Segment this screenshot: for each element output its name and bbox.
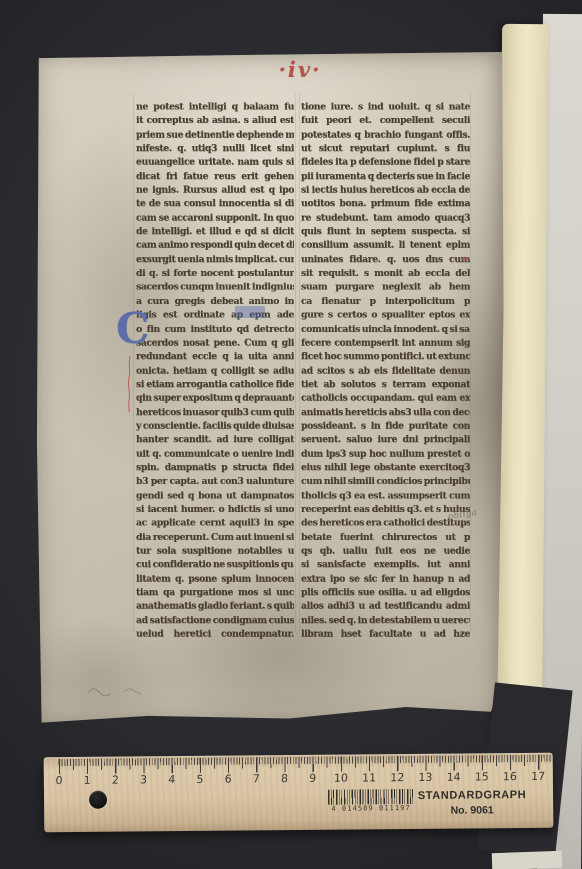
manuscript-line: litatem q. psone splum innocen xyxy=(136,572,294,586)
manuscript-line: a cura gregis debeat animo in xyxy=(136,294,294,308)
manuscript-line: tur sola suspitione notabiles u xyxy=(136,544,294,558)
brand-model-number: No. 9061 xyxy=(406,804,538,817)
text-column-right: tione iure. s ind uoluit. q si natefuit … xyxy=(301,100,470,641)
manuscript-line: ligis est ordinate ap epm ade xyxy=(136,308,294,322)
manuscript-line: uit q. communicate o uenire indi xyxy=(136,447,294,461)
manuscript-line: euuangelice uritate. nam quis si xyxy=(136,156,294,170)
manuscript-line: cam animo respondi quin decet di xyxy=(136,239,294,253)
cm-number: 12 xyxy=(383,771,412,784)
manuscript-line: des hereticos era catholici destitups xyxy=(301,516,470,530)
manuscript-line: ne ignis. Rursus aliud est q ipo xyxy=(136,183,294,197)
manuscript-line: sacerdos nosat pene. Cum q gli xyxy=(136,336,294,350)
manuscript-line: dicat fri fatue reus erit gehen xyxy=(136,169,294,183)
barcode-digits: 4 014509 011197 xyxy=(328,804,414,813)
manuscript-line: b3 per capta. aut con3 ualunture xyxy=(136,475,294,489)
manuscript-line: spin. dampnatis p structa fidei xyxy=(136,461,294,475)
manuscript-line: uninates fidare. q. uos dns cum xyxy=(301,253,470,267)
cm-number: 6 xyxy=(214,772,243,785)
manuscript-line: comunicatis uincla innodent. q si sat xyxy=(301,322,470,336)
manuscript-line: alios adhi3 u ad testificandu admi xyxy=(301,600,470,614)
cm-number: 13 xyxy=(411,771,440,784)
manuscript-line: si iectis huius hereticos ab eccla de xyxy=(301,183,470,197)
manuscript-line: qin super expositum q deprauantes xyxy=(136,391,294,405)
cm-number: 11 xyxy=(355,771,384,784)
manuscript-line: di q. si forte nocent postulantur xyxy=(136,267,294,281)
manuscript-line: redundant eccle q ia uita anni xyxy=(136,350,294,364)
manuscript-line: fuit peori et. compellent seculi xyxy=(301,114,470,128)
manuscript-line: suam purgare neglexit ab hem xyxy=(301,280,470,294)
manuscript-line: dum ips3 sup hoc nullum prestet o xyxy=(301,447,470,461)
manuscript-line: ut sicut reputari cupiunt. s fiu xyxy=(301,142,470,156)
brand-name: STANDARDGRAPH xyxy=(406,789,538,802)
manuscript-line: si etiam arrogantia catholice fide xyxy=(136,378,294,392)
red-margin-tick xyxy=(462,258,469,260)
manuscript-line: ac applicate cernt aquil3 in spe xyxy=(136,516,294,530)
ruling-line xyxy=(470,94,471,632)
cm-number: 5 xyxy=(186,773,215,786)
text-block: ne potest intelligi q balaam fuit correp… xyxy=(136,100,470,620)
cm-number: 17 xyxy=(524,770,553,783)
manuscript-line: dia receperunt. Cum aut inueni si xyxy=(136,530,294,544)
manuscript-line: sit requisit. s monit ab eccla del xyxy=(301,267,470,281)
manuscript-line: hanter scandit. ad iure colligat xyxy=(136,433,294,447)
manuscript-line: it correptus ab asina. s aliud est xyxy=(136,114,294,128)
manuscript-line: gendi sed q bona ut dampnatos xyxy=(136,489,294,503)
cm-number: 15 xyxy=(467,770,496,783)
manuscript-line: fideles ita p defensione fidei p stare xyxy=(301,156,470,170)
manuscript-line: hereticos inuasor quib3 cum quib3 xyxy=(136,405,294,419)
cm-number: 0 xyxy=(45,774,74,787)
cm-number: 4 xyxy=(157,773,186,786)
manuscript-line: extra ipo se sic fer in hanup n ad xyxy=(301,572,470,586)
manuscript-line: consilium assumit. li tenent eplm xyxy=(301,239,470,253)
manuscript-line: tholicis q3 ea est. assumpserit cum xyxy=(301,489,470,503)
manuscript-line: priem sue detinentie dephende ma xyxy=(136,128,294,142)
decorated-initial: C xyxy=(116,304,140,358)
manuscript-line: niles. sed q. in detestabilem u uerecund… xyxy=(301,613,470,627)
cm-number: 14 xyxy=(439,771,468,784)
manuscript-line: seruent. saluo iure dni principali xyxy=(301,433,470,447)
manuscript-line: ad scitos s ab eis fidelitate denun xyxy=(301,364,470,378)
manuscript-line: te de sua consul innocentia si di xyxy=(136,197,294,211)
table-edge-sliver xyxy=(492,851,563,869)
manuscript-line: sacerdos cunqm inuenit indignius xyxy=(136,280,294,294)
manuscript-line: potestates q brachio fungant offis. xyxy=(301,128,470,142)
cm-number: 1 xyxy=(73,774,102,787)
manuscript-line: ne potest intelligi q balaam fu xyxy=(136,100,294,114)
manuscript-line: possideant. s in fide puritate con xyxy=(301,419,470,433)
manuscript-line: o fin cum instituto qd detrecto xyxy=(136,322,294,336)
cm-number: 3 xyxy=(129,773,158,786)
pen-flourish xyxy=(126,356,134,412)
ruler: 01234567891011121314151617 4 014509 0111… xyxy=(44,753,554,832)
manuscript-line: ad satisfactione condignam cuius xyxy=(136,613,294,627)
barcode: 4 014509 011197 xyxy=(328,789,414,813)
manuscript-line: si sanisfacte exemplis. iut anni xyxy=(301,558,470,572)
ruler-brand-block: STANDARDGRAPH No. 9061 xyxy=(406,789,538,817)
manuscript-line: quis fiunt in septem suspecta. si xyxy=(301,225,470,239)
manuscript-line: fecere contempserit int annum sig xyxy=(301,336,470,350)
cm-number: 10 xyxy=(326,772,355,785)
manuscript-line: tiam qa purgatione mos si unc xyxy=(136,586,294,600)
manuscript-line: uelud heretici condempnatur. xyxy=(136,627,294,641)
quire-mark: ·iv· xyxy=(270,57,330,82)
manuscript-line: receperint eas debitis q3. et s huius xyxy=(301,502,470,516)
cm-number: 16 xyxy=(496,770,525,783)
manuscript-line: anathematis gladio feriant. s quib xyxy=(136,600,294,614)
cm-number: 8 xyxy=(270,772,299,785)
manuscript-line: animatis hereticis abs3 ulla con dece xyxy=(301,405,470,419)
manuscript-line: exsurgit uenia nimis implicat. cum xyxy=(136,253,294,267)
manuscript-line: libram hset facultate u ad hze xyxy=(301,627,470,641)
manuscript-line: ca fienatur p interpolicitum p xyxy=(301,294,470,308)
manuscript-line: y conscientie. facilis quide diuisas xyxy=(136,419,294,433)
hanging-hole xyxy=(89,791,107,809)
manuscript-line: de intelligi. et illud e qd si dicit xyxy=(136,225,294,239)
manuscript-line: onicta. hetiam q colligit se adiu xyxy=(136,364,294,378)
manuscript-line: catholicis occupandam. qui eam ex xyxy=(301,391,470,405)
text-column-left: ne potest intelligi q balaam fuit correp… xyxy=(136,100,294,641)
photo-backdrop: ·iv· ne potest intelligi q balaam fuit c… xyxy=(0,0,582,869)
manuscript-line: uotitos bona. primum fide extima xyxy=(301,197,470,211)
manuscript-line: ficet hoc summo pontifici. ut extunc ip xyxy=(301,350,470,364)
manuscript-line: cum nihil simili condicios principibus xyxy=(301,475,470,489)
cm-number: 2 xyxy=(101,773,130,786)
manuscript-line: gure s certos o spualiter eptos ex xyxy=(301,308,470,322)
manuscript-page: ·iv· ne potest intelligi q balaam fuit c… xyxy=(36,52,504,728)
blue-ink-word-highlight xyxy=(235,306,265,318)
manuscript-line: tione iure. s ind uoluit. q si nate xyxy=(301,100,470,114)
cm-number: 7 xyxy=(242,772,271,785)
manuscript-line: betate fuerint chirurectos ut p xyxy=(301,530,470,544)
manuscript-line: eius nihil lege obstante exercitoq3 xyxy=(301,461,470,475)
manuscript-line: qs qb. ualiu fuit eos ne uedie xyxy=(301,544,470,558)
margin-scribble xyxy=(82,682,172,698)
manuscript-line: tiet ab solutos s terram exponat xyxy=(301,378,470,392)
manuscript-line: cam se accaroni supponit. In quo xyxy=(136,211,294,225)
manuscript-line: cui confideratio ne suspitionis qua xyxy=(136,558,294,572)
manuscript-line: re studebunt. tam amodo quacq3 xyxy=(301,211,470,225)
manuscript-line: si iacent humer. o hdictis si uno xyxy=(136,502,294,516)
facing-page-fore-edge xyxy=(496,24,548,746)
manuscript-line: nifeste. q. utiq3 nulli licet sini xyxy=(136,142,294,156)
barcode-bars xyxy=(328,789,414,805)
manuscript-line: plis officiis sue osilia. u ad eligdos xyxy=(301,586,470,600)
manuscript-line: pii iuramenta q decteris sue in facie xyxy=(301,169,470,183)
cm-number: 9 xyxy=(298,772,327,785)
